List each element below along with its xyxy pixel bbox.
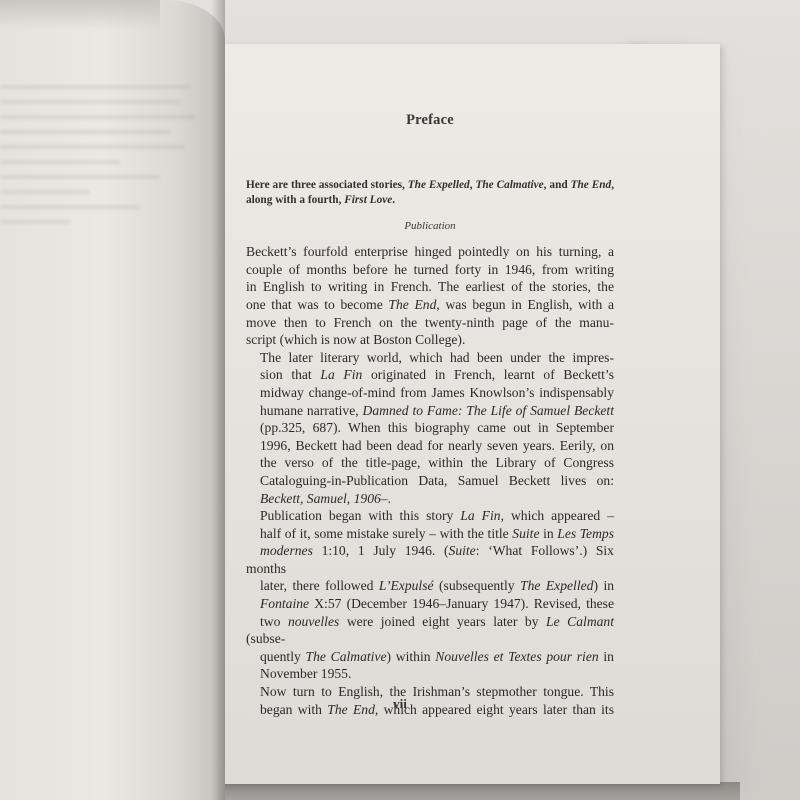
body-paragraph: Publication began with this story La Fin…: [246, 507, 614, 683]
text-line: move then to French on the twenty-ninth …: [246, 314, 614, 332]
text-line: Cataloguing-in-Publication Data, Samuel …: [246, 472, 614, 490]
text-line: Publication began with this story La Fin…: [246, 507, 614, 525]
text-line: The later literary world, which had been…: [246, 349, 614, 367]
text-line: Fontaine X:57 (December 1946–January 194…: [246, 595, 614, 613]
book-page-left: [0, 0, 225, 800]
page-title: Preface: [246, 112, 614, 130]
text-line: one that was to become The End, was begu…: [246, 296, 614, 314]
text-line: 1996, Beckett had been dead for nearly s…: [246, 437, 614, 455]
text-line: modernes 1:10, 1 July 1946. (Suite: ‘Wha…: [246, 542, 614, 577]
text-line: in English to writing in French. The ear…: [246, 278, 614, 296]
body-paragraph: Beckett’s fourfold enterprise hinged poi…: [246, 243, 614, 349]
left-page-top-shadow: [0, 0, 160, 30]
intro-paragraph: Here are three associated stories, The E…: [246, 178, 614, 208]
page-bottom-edge: [200, 782, 740, 800]
text-line: midway change-of-mind from James Knowlso…: [246, 384, 614, 402]
body-paragraphs: Beckett’s fourfold enterprise hinged poi…: [246, 243, 614, 718]
page-number: vii: [360, 696, 440, 712]
text-line: (pp.325, 687). When this biography came …: [246, 419, 614, 437]
body-paragraph: The later literary world, which had been…: [246, 349, 614, 507]
text-line: November 1955.: [246, 665, 614, 683]
text-line: Beckett’s fourfold enterprise hinged poi…: [246, 243, 614, 261]
text-line: Beckett, Samuel, 1906–.: [246, 490, 614, 508]
text-line: two nouvelles were joined eight years la…: [246, 613, 614, 648]
preface-text: Preface Here are three associated storie…: [246, 112, 614, 718]
text-line: half of it, some mistake surely – with t…: [246, 525, 614, 543]
text-line: later, there followed L’Expulsé (subsequ…: [246, 577, 614, 595]
text-line: the verso of the title-page, within the …: [246, 454, 614, 472]
left-page-faint-text: [0, 85, 200, 235]
text-line: sion that La Fin originated in French, l…: [246, 366, 614, 384]
section-heading: Publication: [246, 218, 614, 236]
text-line: quently The Calmative) within Nouvelles …: [246, 648, 614, 666]
text-line: couple of months before he turned forty …: [246, 261, 614, 279]
text-line: script (which is now at Boston College).: [246, 331, 614, 349]
text-line: humane narrative, Damned to Fame: The Li…: [246, 402, 614, 420]
